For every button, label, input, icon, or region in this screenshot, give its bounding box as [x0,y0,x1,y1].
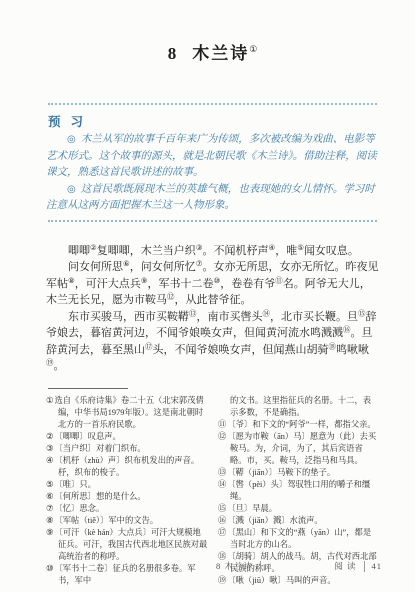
textbook-page: 8木兰诗① 预习 ◎木兰从军的故事千百年来广为传颂，多次被改编为戏曲、电影等艺术… [0,0,415,592]
footnote-item: ⑫〔愿为市鞍（ān）马〕愿意为（此）去买鞍马。为，介词，为了，其后宾语省略。市，… [218,431,379,467]
footnote-reference-mark: ⑨ [141,276,148,285]
footnote-text: 〔何所思〕想的是什么。 [54,492,145,501]
footer-lesson-title: 8 木兰诗 [216,560,253,572]
footnotes-right-column: 的文书。这里指征兵的名册。十二，表示多数，不是确指。 ⑪〔爷〕和下文的“阿爷”一… [218,395,379,587]
dotted-divider-bottom [48,220,377,222]
footnote-number: ⑰ [218,528,226,537]
footnote-reference-mark: ⑯ [343,325,351,334]
footnote-reference-mark: ⑤ [297,243,304,252]
lesson-number: 8 [168,44,179,63]
footnote-text: 〔忆〕思念。 [54,504,104,513]
dotted-divider-top [48,103,377,105]
footnote-text: 〔爷〕和下文的“阿爷”一样，都指父亲。 [227,420,375,429]
footnote-reference-mark: ⑦ [196,259,203,268]
footnote-separator [48,388,128,389]
footnote-item: ④〔机杼（zhù）声〕织布机发出的声音。杼，织布的梭子。 [46,455,209,479]
footnote-number: ③ [46,444,53,453]
footnote-reference-mark: ⑪ [275,276,283,285]
footnote-reference-mark: ⑥ [123,259,130,268]
footnote-reference-mark: ⑮ [358,309,366,318]
poem-paragraph-2: 问女何所思⑥，问女何所忆⑦。女亦无所思，女亦无所忆。昨夜见军帖⑧，可汗大点兵⑨，… [46,259,379,309]
poem-body: 唧唧②复唧唧，木兰当户织③。不闻机杼声④，唯⑤闻女叹息。 问女何所思⑥，问女何所… [46,243,379,375]
footnote-item: ⑯〔溅（jiān）溅〕水流声。 [218,515,379,527]
footer-divider [260,561,261,572]
footnote-reference-mark: ③ [196,243,203,252]
footnote-item: ⑬〔鞯（jiān）〕马鞍下的垫子。 [218,467,379,479]
footnote-reference-mark: ⑭ [263,309,271,318]
footnote-text: 〔啾（jiū）啾〕马叫的声音。 [227,576,335,585]
footnote-text: 〔当户织〕对着门织布。 [54,444,145,453]
footnote-text: 选自《乐府诗集》卷二十五（北宋郭茂倩编，中华书局1979年版）。这是南北朝时北方… [54,396,203,429]
circle-bullet-icon: ◎ [67,184,76,195]
footnote-continuation: 的文书。这里指征兵的名册。十二，表示多数，不是确指。 [218,395,379,419]
footnote-reference-mark: ⑫ [167,292,175,301]
preview-paragraph-1-text: 木兰从军的故事千百年来广为传颂，多次被改编为戏曲、电影等艺术形式。这个故事的源头… [46,134,377,178]
footnote-text: 〔军帖（tiě）〕军中的文告。 [54,516,158,525]
footnote-number: ⑯ [218,516,226,525]
circle-bullet-icon: ◎ [67,134,76,145]
footnote-item: ①选自《乐府诗集》卷二十五（北宋郭茂倩编，中华书局1979年版）。这是南北朝时北… [46,395,209,431]
footnote-text: 〔鞯（jiān）〕马鞍下的垫子。 [227,468,335,477]
footnote-reference-mark: ⑰ [145,342,153,351]
footnote-number: ⑧ [46,516,53,525]
footnote-item: ③〔当户织〕对着门织布。 [46,443,209,455]
footnote-text: 〔黑山〕和下文的“燕（yān）山”，都是当时北方的山名。 [227,528,371,549]
footer-right-group: 阅 读 41 [334,560,382,572]
poem-paragraph-3: 东市买骏马，西市买鞍鞯⑬，南市买辔头⑭，北市买长鞭。旦⑮辞爷娘去，暮宿黄河边，不… [46,309,379,375]
footer-section-label: 阅 读 [334,560,356,572]
footnote-item: ⑥〔何所思〕想的是什么。 [46,491,209,503]
footnote-text: 〔愿为市鞍（ān）马〕愿意为（此）去买鞍马。为，介词，为了，其后宾语省略。市，买… [227,432,376,465]
footnote-item: ⑧〔军帖（tiě）〕军中的文告。 [46,515,209,527]
footnote-number: ⑦ [46,504,53,513]
footnote-text: 〔旦〕早晨。 [227,504,277,513]
footnote-text: 〔唯〕只。 [54,480,96,489]
footnotes-section: ①选自《乐府诗集》卷二十五（北宋郭茂倩编，中华书局1979年版）。这是南北朝时北… [46,395,379,587]
footnote-reference-mark: ④ [268,243,275,252]
footer-page-number: 41 [372,561,383,571]
footnote-number: ⑥ [46,492,53,501]
footnote-reference-mark: ⑧ [68,276,75,285]
footnote-reference-mark: ⑩ [213,276,220,285]
footnote-item: ②〔唧唧〕叹息声。 [46,431,209,443]
preview-paragraph-2: ◎这首民歌既展现木兰的英雄气概，也表现她的女儿情怀。学习时注意从这两方面把握木兰… [46,182,379,215]
footnote-number: ② [46,432,53,441]
footnote-item: ⑭〔辔（pèi）头〕驾驭牲口用的嚼子和缰绳。 [218,479,379,503]
footnote-item: ⑰〔黑山〕和下文的“燕（yān）山”，都是当时北方的山名。 [218,527,379,551]
footnote-item: ⑲〔啾（jiū）啾〕马叫的声音。 [218,575,379,587]
title-footnote-ref: ① [249,44,257,54]
footnote-number: ① [46,396,53,405]
footnote-reference-mark: ⑲ [46,358,54,367]
footnotes-left-column: ①选自《乐府诗集》卷二十五（北宋郭茂倩编，中华书局1979年版）。这是南北朝时北… [46,395,209,587]
poem-paragraph-1: 唧唧②复唧唧，木兰当户织③。不闻机杼声④，唯⑤闻女叹息。 [46,243,379,260]
footnote-number: ⑭ [218,480,226,489]
footnote-item: ⑨〔可汗（kè hán）大点兵〕可汗大规模地征兵。可汗，我国古代西北地区民族对最… [46,527,209,563]
lesson-title-text: 木兰诗 [192,44,249,63]
footnote-text: 〔可汗（kè hán）大点兵〕可汗大规模地征兵。可汗，我国古代西北地区民族对最高… [54,528,207,561]
footnote-text: 〔辔（pèi）头〕驾驭牲口用的嚼子和缰绳。 [227,480,370,501]
footnote-number: ⑫ [218,432,226,441]
footnote-item: ⑤〔唯〕只。 [46,479,209,491]
preview-paragraph-2-text: 这首民歌既展现木兰的英雄气概，也表现她的女儿情怀。学习时注意从这两方面把握木兰这… [46,184,375,212]
footnote-number: ⑨ [46,528,53,537]
footer-divider [364,561,365,572]
preview-paragraph-1: ◎木兰从军的故事千百年来广为传颂，多次被改编为戏曲、电影等艺术形式。这个故事的源… [46,132,379,182]
footnote-reference-mark: ② [90,243,97,252]
footnote-item: ⑦〔忆〕思念。 [46,503,209,515]
footnote-number: ⑲ [218,576,226,585]
footnote-number: ④ [46,456,53,465]
footnote-number: ⑪ [218,420,226,429]
footnote-number: ⑤ [46,480,53,489]
footnote-number: ⑮ [218,504,226,513]
footnote-item: ⑪〔爷〕和下文的“阿爷”一样，都指父亲。 [218,419,379,431]
footnote-reference-mark: ⑬ [189,309,197,318]
footnote-text: 〔溅（jiān）溅〕水流声。 [227,516,322,525]
footnote-text: 〔唧唧〕叹息声。 [54,432,120,441]
footnote-reference-mark: ⑱ [329,342,337,351]
footnote-number: ⑬ [218,468,226,477]
page-title: 8木兰诗① [46,36,379,67]
preview-heading: 预习 [48,112,379,130]
page-footer: 8 木兰诗 阅 读 41 [46,560,382,572]
footnote-item: ⑮〔旦〕早晨。 [218,503,379,515]
footnote-text: 〔机杼（zhù）声〕织布机发出的声音。杼，织布的梭子。 [54,456,199,477]
preview-section: 预习 ◎木兰从军的故事千百年来广为传颂，多次被改编为戏曲、电影等艺术形式。这个故… [46,112,379,215]
